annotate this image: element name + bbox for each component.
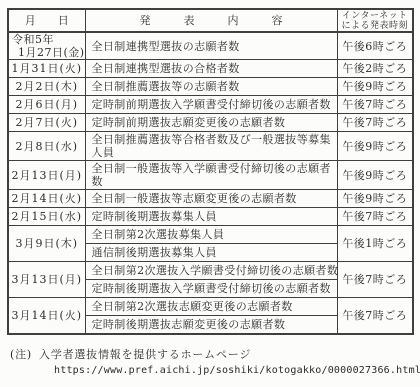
content-cell: 全日制推薦選抜等の志願者数	[85, 78, 337, 96]
date-cell: 2月7日(火)	[8, 114, 85, 132]
content-cell: 全日制第2次選抜志願変更後の志願者数	[85, 298, 337, 316]
table-row: 2月15日(水) 定時制後期選抜募集人員 午後7時ごろ	[8, 208, 413, 226]
date-cell: 2月15日(水)	[8, 208, 85, 226]
time-cell: 午後2時ごろ	[337, 60, 413, 78]
content-cell: 全日制一般選抜等入学願書受付締切後の志願者 数	[85, 161, 337, 190]
time-cell: 午後9時ごろ	[337, 78, 413, 96]
time-cell: 午後9時ごろ	[337, 161, 413, 190]
column-header-content: 発 表 内 容	[85, 9, 337, 32]
column-header-time: インターネット による発表時刻	[337, 9, 413, 32]
date-cell: 2月2日(木)	[8, 78, 85, 96]
time-cell: 午後7時ごろ	[337, 298, 413, 334]
content-cell: 全日制連携型選抜の合格者数	[85, 60, 337, 78]
table-row: 2月7日(火) 定時制前期選抜志願変更後の志願者数 午後7時ごろ	[8, 114, 413, 132]
date-cell: 3月9日(木)	[8, 226, 85, 262]
content-cell: 通信制後期選抜募集人員	[85, 244, 337, 262]
time-cell: 午後1時ごろ	[337, 226, 413, 262]
announcement-schedule-table: 月 日 発 表 内 容 インターネット による発表時刻 令和5年 1月27日(金…	[7, 8, 414, 335]
table-row: 2月8日(水) 全日制推薦選抜等合格者数及び一般選抜等募集 人員 午後9時ごろ	[8, 132, 413, 161]
date-cell: 1月31日(火)	[8, 60, 85, 78]
content-cell: 全日制推薦選抜等合格者数及び一般選抜等募集 人員	[85, 132, 337, 161]
table-row: 2月13日(月) 全日制一般選抜等入学願書受付締切後の志願者 数 午後9時ごろ	[8, 161, 413, 190]
content-cell: 全日制一般選抜等志願変更後の志願者数	[85, 190, 337, 208]
table-row: 3月13日(月) 全日制第2次選抜入学願書受付締切後の志願者数 午後7時ごろ	[8, 262, 413, 280]
table-row: 2月14日(火) 全日制一般選抜等志願変更後の志願者数 午後9時ごろ	[8, 190, 413, 208]
date-cell: 2月8日(水)	[8, 132, 85, 161]
content-cell: 全日制連携型選抜の志願者数	[85, 32, 337, 60]
date-cell: 令和5年 1月27日(金)	[8, 32, 85, 60]
table-row: 1月31日(火) 全日制連携型選抜の合格者数 午後2時ごろ	[8, 60, 413, 78]
time-cell: 午後7時ごろ	[337, 96, 413, 114]
date-label: 1月27日(金)	[9, 46, 85, 59]
date-cell: 3月14日(火)	[8, 298, 85, 334]
footnote-label: (注)	[10, 348, 32, 361]
footnote: (注)入学者選抜情報を提供するホームページ	[10, 346, 412, 362]
table-row: 3月14日(火) 全日制第2次選抜志願変更後の志願者数 午後7時ごろ	[8, 298, 413, 316]
table-row: 2月2日(木) 全日制推薦選抜等の志願者数 午後9時ごろ	[8, 78, 413, 96]
content-cell: 定時制前期選抜入学願書受付締切後の志願者数	[85, 96, 337, 114]
date-cell: 2月13日(月)	[8, 161, 85, 190]
content-cell: 定時制後期選抜志願変更後の志願者数	[85, 316, 337, 334]
time-cell: 午後7時ごろ	[337, 262, 413, 298]
era-label: 令和5年	[9, 33, 85, 46]
header-row: 月 日 発 表 内 容 インターネット による発表時刻	[8, 9, 413, 32]
date-cell: 3月13日(月)	[8, 262, 85, 298]
date-cell: 2月14日(火)	[8, 190, 85, 208]
column-header-date: 月 日	[8, 9, 85, 32]
time-cell: 午後6時ごろ	[337, 32, 413, 60]
date-cell: 2月6日(月)	[8, 96, 85, 114]
content-cell: 定時制後期選抜入学願書受付締切後の志願者数	[85, 280, 337, 298]
table-row: 3月9日(木) 全日制第2次選抜募集人員 午後1時ごろ	[8, 226, 413, 244]
content-cell: 全日制第2次選抜募集人員	[85, 226, 337, 244]
content-cell: 定時制後期選抜募集人員	[85, 208, 337, 226]
footnote-text: 入学者選抜情報を提供するホームページ	[39, 348, 251, 361]
document-page: 月 日 発 表 内 容 インターネット による発表時刻 令和5年 1月27日(金…	[0, 0, 420, 387]
time-cell: 午後7時ごろ	[337, 114, 413, 132]
column-header-time-line2: による発表時刻	[338, 21, 413, 31]
time-cell: 午後9時ごろ	[337, 190, 413, 208]
content-cell: 定時制前期選抜志願変更後の志願者数	[85, 114, 337, 132]
table-row: 令和5年 1月27日(金) 全日制連携型選抜の志願者数 午後6時ごろ	[8, 32, 413, 60]
info-url[interactable]: https://www.pref.aichi.jp/soshiki/kotoga…	[54, 365, 412, 376]
column-header-time-line1: インターネット	[338, 11, 413, 21]
content-cell: 全日制第2次選抜入学願書受付締切後の志願者数	[85, 262, 337, 280]
table-row: 2月6日(月) 定時制前期選抜入学願書受付締切後の志願者数 午後7時ごろ	[8, 96, 413, 114]
time-cell: 午後9時ごろ	[337, 132, 413, 161]
time-cell: 午後7時ごろ	[337, 208, 413, 226]
